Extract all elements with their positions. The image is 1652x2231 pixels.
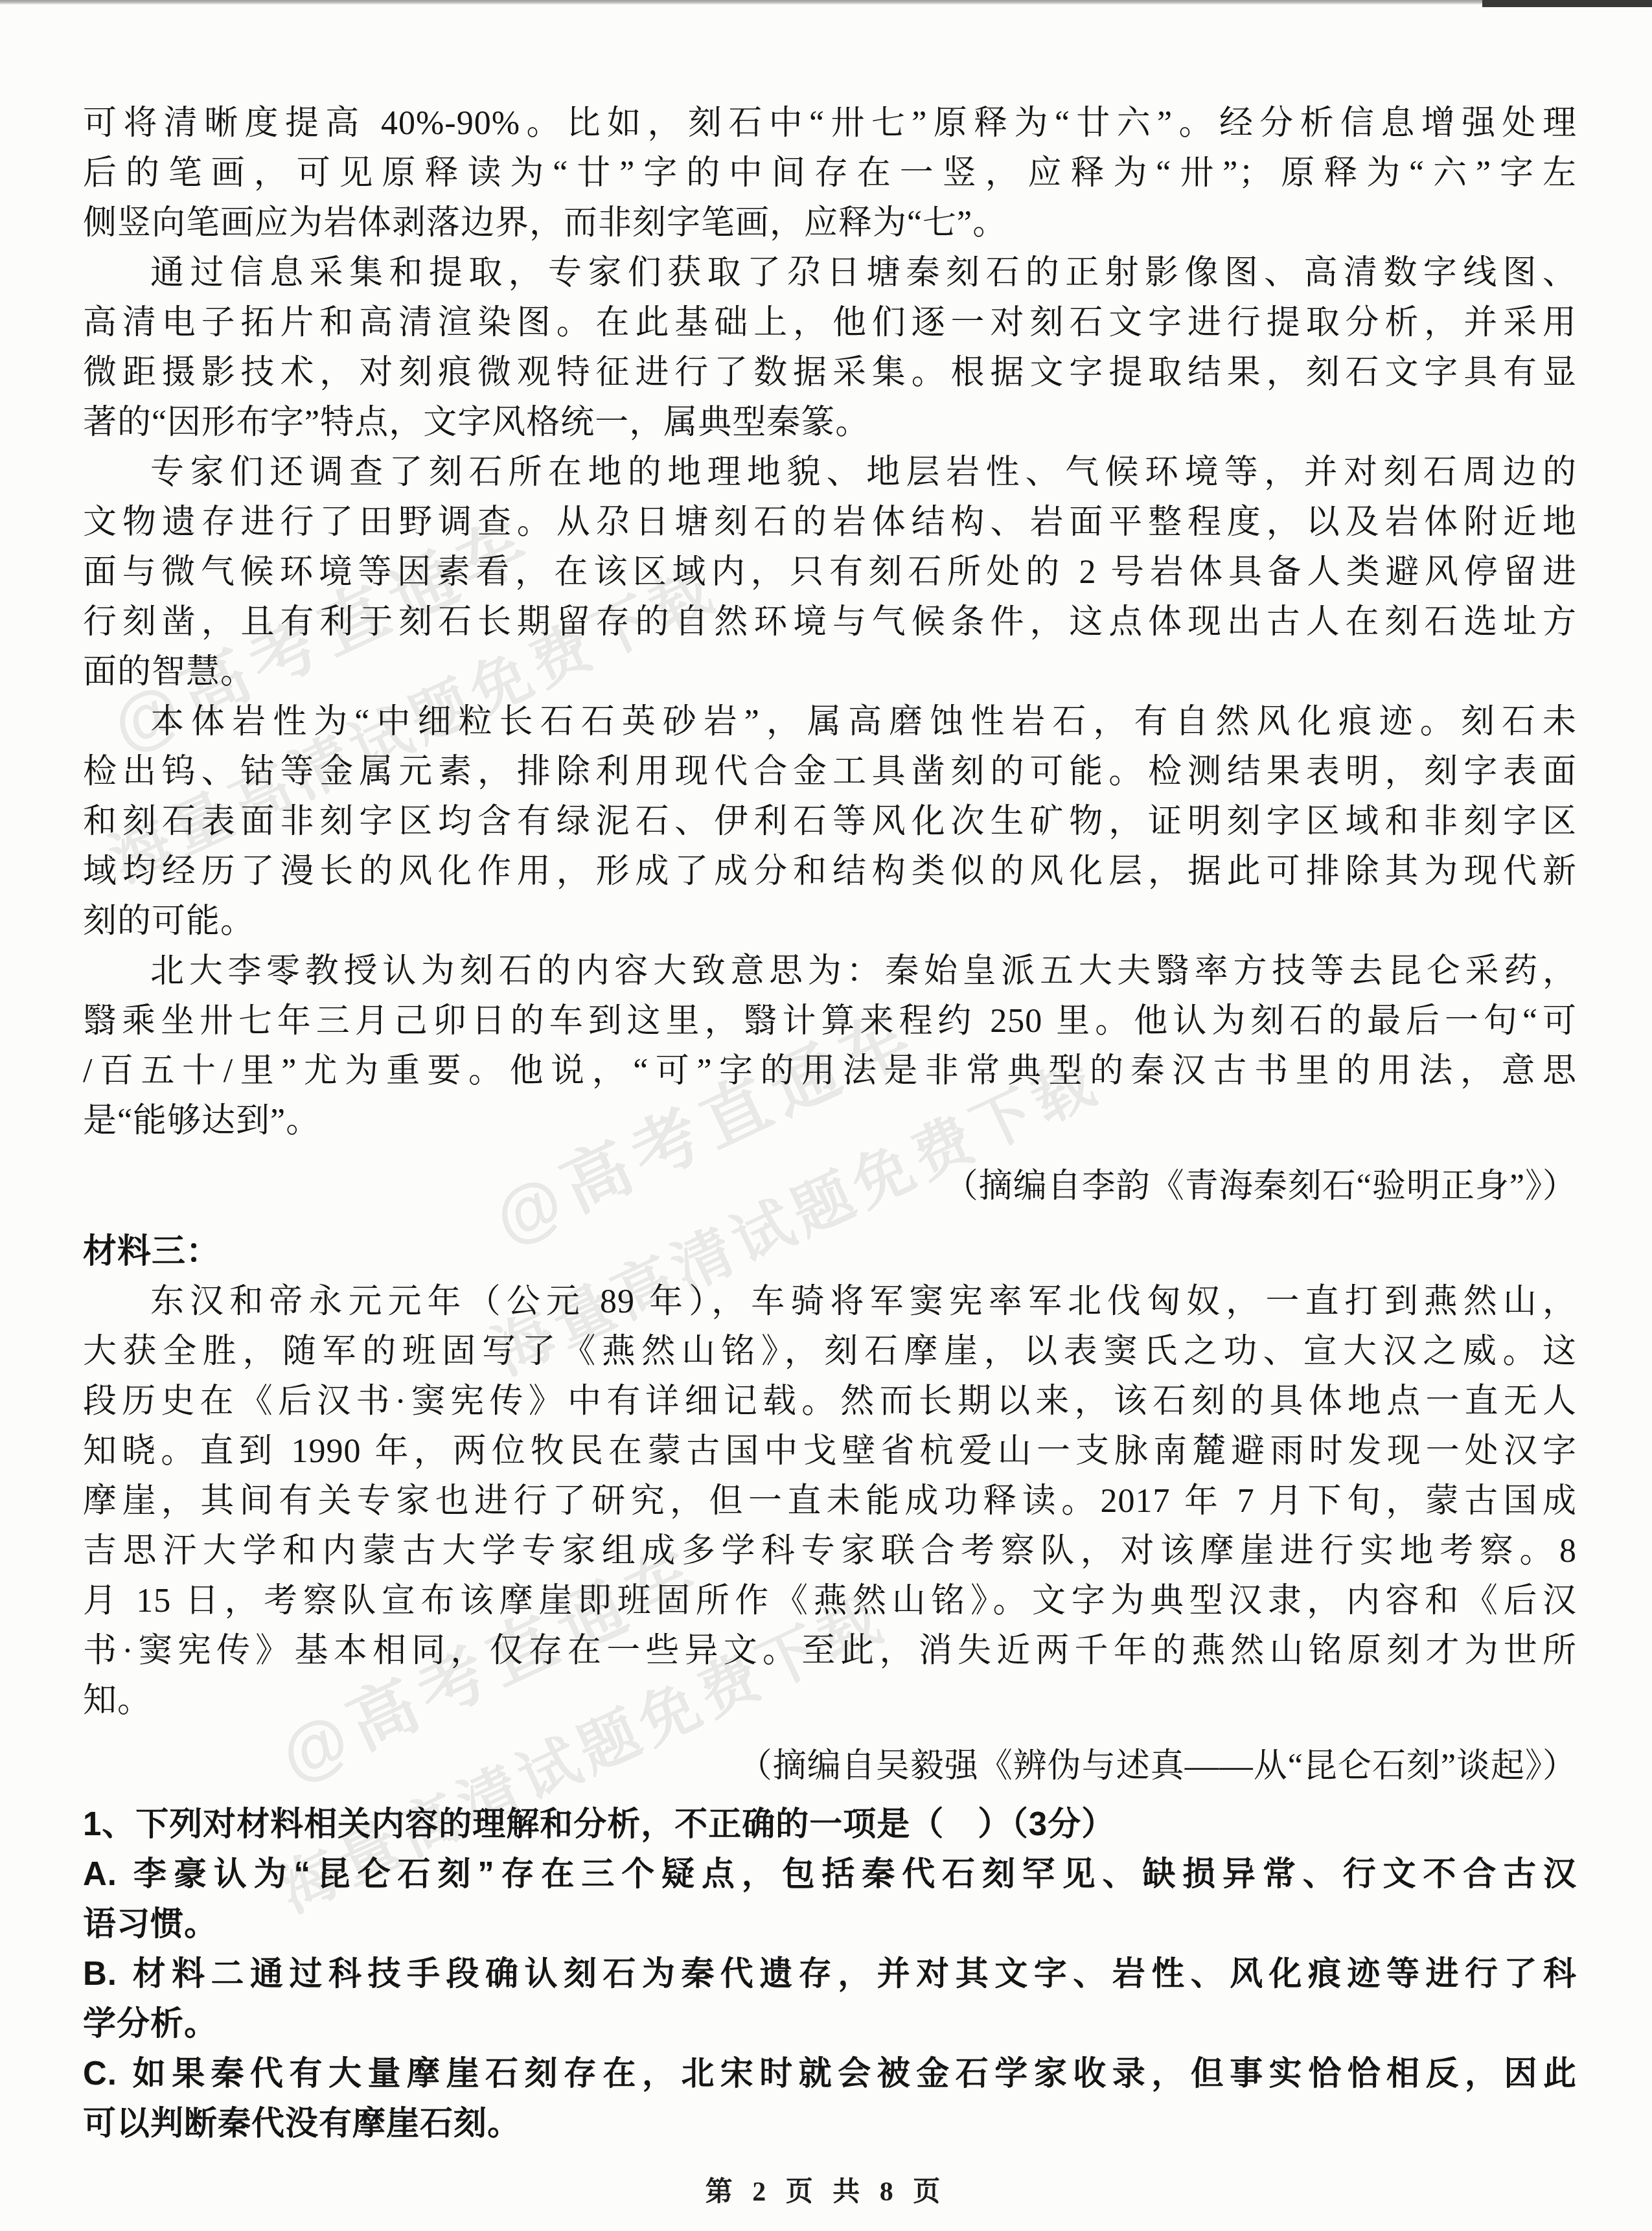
option-a: A. 李豪认为“昆仑石刻”存在三个疑点，包括秦代石刻罕见、缺损异常、行文不合古汉: [83, 1849, 1577, 1899]
body-line: 东汉和帝永元元年（公元 89 年），车骑将军窦宪率军北伐匈奴，一直打到燕然山，: [83, 1277, 1577, 1327]
body-line: 段历史在《后汉书·窦宪传》中有详细记载。然而长期以来，该石刻的具体地点一直无人: [83, 1377, 1577, 1426]
body-line: /百五十/里”尤为重要。他说，“可”字的用法是非常典型的秦汉古书里的用法，意思: [83, 1046, 1577, 1096]
body-line: 著的“因形布字”特点，文字风格统一，属典型秦篆。: [83, 398, 1577, 448]
body-line: 本体岩性为“中细粒长石石英砂岩”，属高磨蚀性岩石，有自然风化痕迹。刻石未: [83, 697, 1577, 747]
body-line: 知。: [83, 1676, 1577, 1726]
body-line: 行刻凿，且有利于刻石长期留存的自然环境与气候条件，这点体现出古人在刻石选址方: [83, 597, 1577, 647]
body-line: 专家们还调查了刻石所在地的地理地貌、地层岩性、气候环境等，并对刻石周边的: [83, 448, 1577, 498]
body-line: 大获全胜，随军的班固写了《燕然山铭》，刻石摩崖，以表窦氏之功、宣大汉之威。这: [83, 1327, 1577, 1377]
body-line: 域均经历了漫长的风化作用，形成了成分和结构类似的风化层，据此可排除其为现代新: [83, 847, 1577, 897]
page-number: 第 2 页 共 8 页: [0, 2170, 1652, 2209]
body-line: 和刻石表面非刻字区均含有绿泥石、伊利石等风化次生矿物，证明刻字区域和非刻字区: [83, 797, 1577, 847]
question-1: 1、下列对材料相关内容的理解和分析，不正确的一项是（ ）（3分）: [83, 1799, 1577, 1849]
attribution-material-three: （摘编自吴毅强《辨伪与述真——从“昆仑石刻”谈起》）: [83, 1741, 1577, 1791]
body-line: 通过信息采集和提取，专家们获取了尕日塘秦刻石的正射影像图、高清数字线图、: [83, 248, 1577, 298]
body-line: 可将清晰度提高 40%-90%。比如，刻石中“卅七”原释为“廿六”。经分析信息增…: [83, 98, 1577, 148]
body-line: 翳乘坐卅七年三月己卯日的车到这里，翳计算来程约 250 里。他认为刻石的最后一句…: [83, 996, 1577, 1046]
body-line: 面的智慧。: [83, 647, 1577, 697]
body-line: 北大李零教授认为刻石的内容大致意思为：秦始皇派五大夫翳率方技等去昆仑采药，: [83, 946, 1577, 996]
body-line: 侧竖向笔画应为岩体剥落边界，而非刻字笔画，应释为“七”。: [83, 198, 1577, 248]
option-a-continued: 语习惯。: [83, 1899, 1577, 1949]
body-line: 摩崖，其间有关专家也进行了研究，但一直未能成功释读。2017 年 7 月下旬，蒙…: [83, 1476, 1577, 1526]
body-line: 是“能够达到”。: [83, 1096, 1577, 1146]
body-line: 刻的可能。: [83, 897, 1577, 946]
option-b: B. 材料二通过科技手段确认刻石为秦代遗存，并对其文字、岩性、风化痕迹等进行了科: [83, 1949, 1577, 1998]
body-line: 微距摄影技术，对刻痕微观特征进行了数据采集。根据文字提取结果，刻石文字具有显: [83, 348, 1577, 398]
body-line: 知晓。直到 1990 年，两位牧民在蒙古国中戈壁省杭爱山一支脉南麓避雨时发现一处…: [83, 1426, 1577, 1476]
attribution-material-two: （摘编自李韵《青海秦刻石“验明正身”》）: [83, 1161, 1577, 1211]
body-line: 月 15 日，考察队宣布该摩崖即班固所作《燕然山铭》。文字为典型汉隶，内容和《后…: [83, 1576, 1577, 1626]
body-line: 文物遗存进行了田野调查。从尕日塘刻石的岩体结构、岩面平整程度，以及岩体附近地: [83, 498, 1577, 547]
body-line: 吉思汗大学和内蒙古大学专家组成多学科专家联合考察队，对该摩崖进行实地考察。8: [83, 1526, 1577, 1576]
scan-edge-line: [0, 0, 1652, 5]
body-line: 书·窦宪传》基本相同，仅存在一些异文。至此，消失近两千年的燕然山铭原刻才为世所: [83, 1626, 1577, 1676]
body-line: 后的笔画，可见原释读为“廿”字的中间存在一竖，应释为“卅”；原释为“六”字左: [83, 148, 1577, 198]
exam-page: @高考直通车 海量高清试题免费下载 @高考直通车 海量高清试题免费下载 @高考直…: [0, 0, 1652, 2231]
section-header-material-three: 材料三：: [83, 1227, 1577, 1277]
body-line: 高清电子拓片和高清渲染图。在此基础上，他们逐一对刻石文字进行提取分析，并采用: [83, 298, 1577, 348]
option-b-continued: 学分析。: [83, 1998, 1577, 2048]
document-body: 可将清晰度提高 40%-90%。比如，刻石中“卅七”原释为“廿六”。经分析信息增…: [83, 98, 1577, 2148]
scan-edge-dark-segment: [1482, 0, 1652, 7]
body-line: 检出钨、钴等金属元素，排除利用现代合金工具凿刻的可能。检测结果表明，刻字表面: [83, 747, 1577, 797]
body-line: 面与微气候环境等因素看，在该区域内，只有刻石所处的 2 号岩体具备人类避风停留进: [83, 547, 1577, 597]
option-c: C. 如果秦代有大量摩崖石刻存在，北宋时就会被金石学家收录，但事实恰恰相反，因此: [83, 2048, 1577, 2098]
option-c-continued: 可以判断秦代没有摩崖石刻。: [83, 2098, 1577, 2148]
